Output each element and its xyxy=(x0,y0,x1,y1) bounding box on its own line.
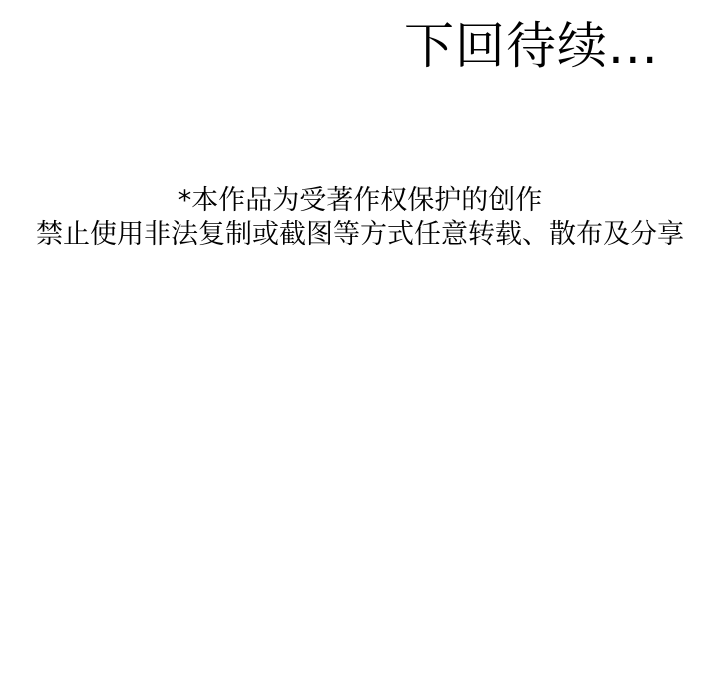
copyright-line-2: 禁止使用非法复制或截图等方式任意转载、散布及分享 xyxy=(0,218,720,252)
copyright-notice: *本作品为受著作权保护的创作 禁止使用非法复制或截图等方式任意转载、散布及分享 xyxy=(0,184,720,252)
copyright-line-1: *本作品为受著作权保护的创作 xyxy=(0,184,720,218)
episode-end-page: 下回待续... *本作品为受著作权保护的创作 禁止使用非法复制或截图等方式任意转… xyxy=(0,0,720,700)
to-be-continued-title: 下回待续... xyxy=(404,18,659,74)
